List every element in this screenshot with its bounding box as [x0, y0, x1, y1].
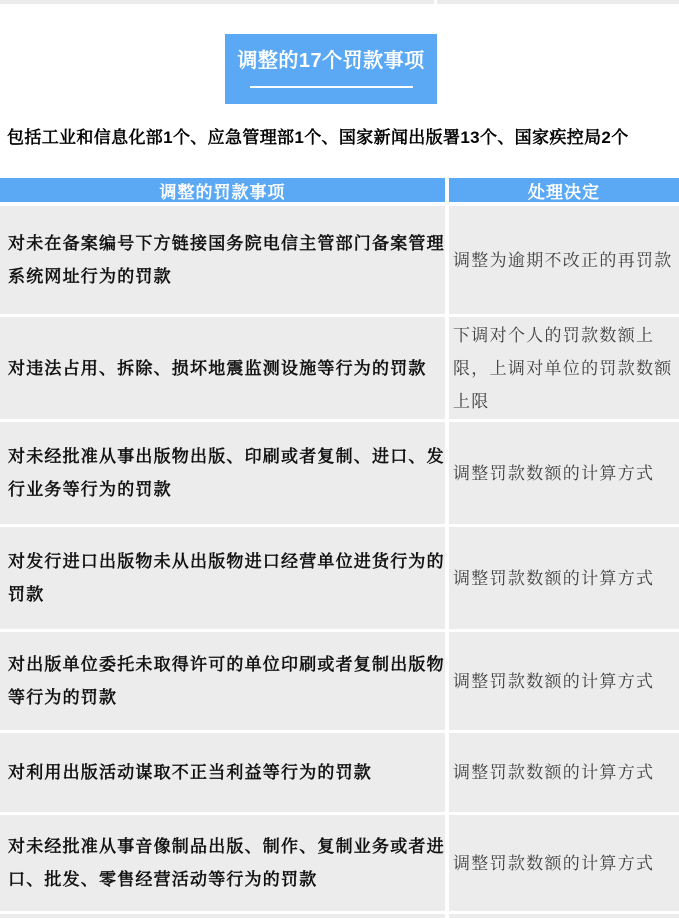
penalty-item-cell: 对利用出版活动谋取不正当利益等行为的罚款: [0, 733, 445, 812]
badge-underline-divider: [250, 86, 413, 88]
decision-cell: 调整罚款数额的计算方式: [449, 632, 679, 730]
table-row: 对未经批准从事音像制品出版、制作、复制业务或者进口、批发、零售经营活动等行为的罚…: [0, 815, 679, 911]
table-row: 对发行进口出版物未从出版物进口经营单位进货行为的罚款 调整罚款数额的计算方式: [0, 527, 679, 629]
table-row: 对违法占用、拆除、损坏地震监测设施等行为的罚款 下调对个人的罚款数额上限，上调对…: [0, 317, 679, 419]
top-cutoff-row-left-cell: [0, 0, 434, 4]
decision-cell: 调整罚款数额的计算方式: [449, 815, 679, 911]
decision-text: 下调对个人的罚款数额上限，上调对单位的罚款数额上限: [453, 319, 679, 418]
table-row: 对利用出版活动谋取不正当利益等行为的罚款 调整罚款数额的计算方式: [0, 733, 679, 812]
section-badge: 调整的17个罚款事项: [225, 34, 437, 104]
decision-text: 调整罚款数额的计算方式: [453, 847, 654, 880]
penalty-item-text: 对违法占用、拆除、损坏地震监测设施等行为的罚款: [8, 352, 427, 385]
penalty-item-text: 对发行进口出版物未从出版物进口经营单位进货行为的罚款: [8, 545, 445, 611]
decision-cell: 调整罚款数额的计算方式: [449, 527, 679, 629]
table-header-decision-column: 处理决定: [449, 178, 679, 202]
top-cutoff-row: [0, 0, 679, 4]
bottom-cutoff-row: [0, 914, 679, 918]
decision-text: 调整罚款数额的计算方式: [453, 562, 654, 595]
penalty-item-text: 对未经批准从事出版物出版、印刷或者复制、进口、发行业务等行为的罚款: [8, 440, 445, 506]
penalty-item-cell: 对未经批准从事出版物出版、印刷或者复制、进口、发行业务等行为的罚款: [0, 422, 445, 524]
decision-text: 调整为逾期不改正的再罚款: [453, 244, 673, 277]
table-row: 对出版单位委托未取得许可的单位印刷或者复制出版物等行为的罚款 调整罚款数额的计算…: [0, 632, 679, 730]
penalty-item-cell: 对违法占用、拆除、损坏地震监测设施等行为的罚款: [0, 317, 445, 419]
penalty-item-text: 对利用出版活动谋取不正当利益等行为的罚款: [8, 756, 372, 789]
table-row: 对未经批准从事出版物出版、印刷或者复制、进口、发行业务等行为的罚款 调整罚款数额…: [0, 422, 679, 524]
decision-text: 调整罚款数额的计算方式: [453, 665, 654, 698]
table-row: 对未在备案编号下方链接国务院电信主管部门备案管理系统网址行为的罚款 调整为逾期不…: [0, 206, 679, 314]
table-body: 对未在备案编号下方链接国务院电信主管部门备案管理系统网址行为的罚款 调整为逾期不…: [0, 206, 679, 911]
penalty-item-cell: 对未经批准从事音像制品出版、制作、复制业务或者进口、批发、零售经营活动等行为的罚…: [0, 815, 445, 911]
section-badge-title: 调整的17个罚款事项: [237, 48, 424, 74]
decision-cell: 调整罚款数额的计算方式: [449, 733, 679, 812]
bottom-cutoff-row-right-cell: [449, 914, 679, 918]
penalty-item-text: 对未经批准从事音像制品出版、制作、复制业务或者进口、批发、零售经营活动等行为的罚…: [8, 830, 445, 896]
penalty-item-text: 对出版单位委托未取得许可的单位印刷或者复制出版物等行为的罚款: [8, 648, 445, 714]
penalty-item-cell: 对出版单位委托未取得许可的单位印刷或者复制出版物等行为的罚款: [0, 632, 445, 730]
bottom-cutoff-row-left-cell: [0, 914, 445, 918]
decision-text: 调整罚款数额的计算方式: [453, 457, 654, 490]
penalty-item-cell: 对未在备案编号下方链接国务院电信主管部门备案管理系统网址行为的罚款: [0, 206, 445, 314]
table-header-row: 调整的罚款事项 处理决定: [0, 178, 679, 202]
penalty-item-cell: 对发行进口出版物未从出版物进口经营单位进货行为的罚款: [0, 527, 445, 629]
decision-cell: 调整为逾期不改正的再罚款: [449, 206, 679, 314]
decision-cell: 下调对个人的罚款数额上限，上调对单位的罚款数额上限: [449, 317, 679, 419]
top-cutoff-row-right-cell: [437, 0, 679, 4]
penalty-item-text: 对未在备案编号下方链接国务院电信主管部门备案管理系统网址行为的罚款: [8, 227, 445, 293]
penalties-table: 调整的罚款事项 处理决定 对未在备案编号下方链接国务院电信主管部门备案管理系统网…: [0, 178, 679, 918]
article-page: { "badge": { "title": "调整的17个罚款事项" }, "s…: [0, 0, 679, 918]
decision-cell: 调整罚款数额的计算方式: [449, 422, 679, 524]
section-summary: 包括工业和信息化部1个、应急管理部1个、国家新闻出版署13个、国家疾控局2个: [7, 126, 675, 150]
table-header-item-column: 调整的罚款事项: [0, 178, 445, 202]
decision-text: 调整罚款数额的计算方式: [453, 756, 654, 789]
